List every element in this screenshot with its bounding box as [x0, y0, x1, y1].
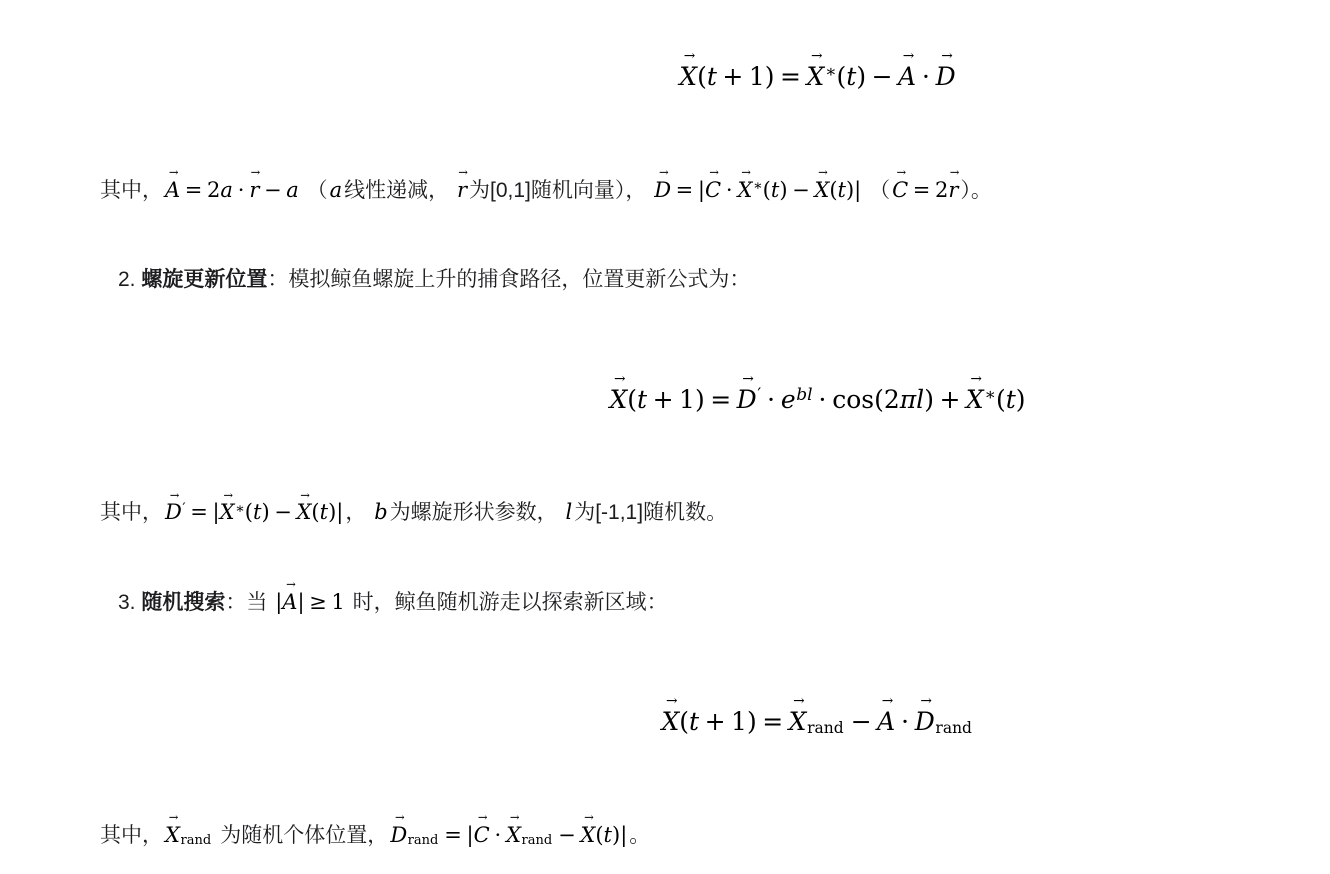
vector-symbol: →X	[580, 819, 595, 853]
inline-math: →Drand=|→C⋅→Xrand−→X(t)|	[388, 823, 629, 847]
paragraph-random-search-definitions: 其中，→Xrand 为随机个体位置，→Drand=|→C⋅→Xrand−→X(t…	[100, 819, 1245, 853]
math-token: ∗	[825, 62, 837, 82]
display-formula-math: →X(t+1)=→X∗(t)−→A⋅→D	[679, 62, 955, 91]
formula-spiral-update: →X(t+1)=→D′⋅ebl⋅cos(2πl)+→X∗(t)	[100, 381, 1245, 419]
math-token: ∗	[235, 501, 245, 517]
vector-arrow-icon: →	[510, 812, 520, 824]
text-run: 线性递减，	[344, 179, 455, 202]
list-item-spiral-update: 2. 螺旋更新位置：模拟鲸鱼螺旋上升的捕食路径，位置更新公式为：	[100, 263, 1245, 297]
bold-term: 随机搜索	[141, 591, 225, 614]
vector-symbol: →X	[789, 703, 807, 741]
math-token: =	[710, 385, 731, 414]
math-token: bl	[796, 385, 812, 405]
text-run: 其中，	[100, 501, 163, 524]
math-token: 1	[679, 385, 695, 414]
vector-symbol: →A	[282, 586, 297, 620]
math-token: )	[695, 385, 705, 414]
vector-symbol: →D	[165, 496, 182, 530]
vector-symbol: →X	[806, 58, 824, 96]
vector-symbol: →X	[165, 819, 180, 853]
vector-arrow-icon: →	[793, 695, 805, 709]
vector-arrow-icon: →	[614, 373, 626, 387]
vector-arrow-icon: →	[882, 695, 894, 709]
vector-arrow-icon: →	[659, 167, 669, 179]
inline-math: a	[328, 178, 345, 202]
vector-arrow-icon: →	[170, 490, 180, 502]
inline-math: →D=|→C⋅→X∗(t)−→X(t)|	[652, 178, 863, 202]
math-variable: X	[165, 823, 180, 847]
math-token: (	[595, 823, 603, 847]
vector-arrow-icon: →	[666, 695, 678, 709]
math-variable: D	[165, 500, 182, 524]
vector-symbol: →D	[915, 703, 935, 741]
inline-math: →Xrand	[163, 823, 214, 847]
paragraph-spiral-definitions: 其中，→D′=|→X∗(t)−→X(t)|， b为螺旋形状参数， l为[-1,1…	[100, 496, 1245, 530]
math-variable: A	[898, 62, 916, 91]
text-run: 为[-1,1]随机数。	[574, 501, 727, 524]
vector-symbol: →C	[705, 174, 721, 208]
math-token: ⋅	[818, 385, 827, 414]
vector-arrow-icon: →	[709, 167, 719, 179]
math-token: t	[707, 62, 717, 91]
vector-arrow-icon: →	[903, 50, 915, 64]
text-run: 。	[629, 824, 650, 847]
text-run: 为螺旋形状参数，	[390, 501, 564, 524]
vector-arrow-icon: →	[286, 579, 296, 591]
math-variable: X	[737, 178, 752, 202]
text-run: （	[301, 179, 328, 202]
math-variable: X	[580, 823, 595, 847]
text-run: 为[0,1]随机向量），	[469, 179, 652, 202]
math-token: rand	[408, 833, 439, 848]
vector-symbol: →A	[898, 58, 916, 96]
math-token: ⋅	[901, 707, 910, 736]
math-variable: D	[654, 178, 671, 202]
vector-symbol: →A	[165, 174, 180, 208]
math-token: rand	[522, 833, 553, 848]
math-token: =	[444, 823, 462, 847]
math-variable: r	[249, 178, 259, 202]
math-token: =	[676, 178, 694, 202]
math-token: t	[838, 178, 846, 202]
vector-symbol: →X	[679, 58, 697, 96]
math-token: rand	[180, 833, 211, 848]
math-token: t	[689, 707, 699, 736]
math-token: ⋅	[494, 823, 501, 847]
math-variable: D	[737, 385, 757, 414]
math-token: |	[212, 500, 219, 524]
vector-arrow-icon: →	[970, 373, 982, 387]
math-token: |	[620, 823, 627, 847]
math-token: rand	[935, 719, 972, 737]
text-run: 时，鲸鱼随机游走以探索新区域：	[347, 591, 668, 614]
math-token: t	[604, 823, 612, 847]
math-token: (	[763, 178, 771, 202]
math-variable: A	[165, 178, 180, 202]
display-formula-math: →X(t+1)=→Xrand−→A⋅→Drand	[661, 707, 973, 736]
math-token: )	[924, 385, 934, 414]
math-token: 1	[731, 707, 747, 736]
math-token: (	[697, 62, 707, 91]
math-token: )	[261, 500, 269, 524]
math-token: πl	[900, 385, 924, 414]
vector-symbol: →X	[506, 819, 521, 853]
math-token: a	[330, 178, 343, 202]
text-run: ：模拟鲸鱼螺旋上升的捕食路径，位置更新公式为：	[267, 268, 750, 291]
vector-arrow-icon: →	[818, 167, 828, 179]
math-variable: C	[474, 823, 490, 847]
vector-symbol: →X	[609, 381, 627, 419]
vector-symbol: →X	[814, 174, 829, 208]
math-token: |	[698, 178, 705, 202]
math-token: t	[1006, 385, 1016, 414]
math-token: ′	[757, 385, 761, 405]
inline-math: →C=2→r	[890, 178, 960, 202]
vector-symbol: →D	[390, 819, 407, 853]
math-token: −	[872, 62, 893, 91]
math-variable: C	[705, 178, 721, 202]
vector-arrow-icon: →	[584, 812, 594, 824]
bold-term: 螺旋更新位置	[141, 268, 267, 291]
vector-arrow-icon: →	[300, 490, 310, 502]
inline-math: →r	[455, 178, 469, 202]
math-token: ⋅	[767, 385, 776, 414]
paragraph-encircling-definitions: 其中，→A=2a⋅→r−a （a线性递减， →r为[0,1]随机向量）， →D=…	[100, 174, 1245, 208]
math-token: ≥	[309, 590, 327, 614]
vector-arrow-icon: →	[920, 695, 932, 709]
formula-random-search-update: →X(t+1)=→Xrand−→A⋅→Drand	[100, 703, 1245, 741]
vector-arrow-icon: →	[741, 167, 751, 179]
text-run: 其中，	[100, 179, 163, 202]
math-token: −	[274, 500, 292, 524]
math-token: )	[846, 178, 854, 202]
math-variable: D	[390, 823, 407, 847]
inline-math: →D′=|→X∗(t)−→X(t)|	[163, 500, 345, 524]
vector-arrow-icon: →	[742, 373, 754, 387]
math-token: (	[627, 385, 637, 414]
vector-arrow-icon: →	[896, 167, 906, 179]
math-token: =	[190, 500, 208, 524]
vector-arrow-icon: →	[684, 50, 696, 64]
math-token: (	[874, 385, 884, 414]
vector-arrow-icon: →	[478, 812, 488, 824]
math-variable: X	[296, 500, 311, 524]
math-token: e	[781, 385, 796, 414]
math-variable: X	[679, 62, 697, 91]
math-token: (	[996, 385, 1006, 414]
math-token: |	[336, 500, 343, 524]
math-token: 2	[207, 178, 220, 202]
text-run: ：当	[225, 591, 273, 614]
math-token: ∗	[753, 178, 763, 194]
math-token: l	[566, 500, 573, 524]
math-token: +	[722, 62, 743, 91]
vector-symbol: →r	[457, 174, 467, 208]
text-run: 其中，	[100, 824, 163, 847]
math-token: =	[913, 178, 931, 202]
math-token: 1	[749, 62, 765, 91]
math-variable: r	[457, 178, 467, 202]
vector-arrow-icon: →	[941, 50, 953, 64]
math-token: a	[220, 178, 233, 202]
math-variable: A	[877, 707, 895, 736]
inline-math: l	[564, 500, 575, 524]
math-token: −	[851, 707, 872, 736]
math-token: )	[612, 823, 620, 847]
math-token: =	[780, 62, 801, 91]
math-variable: X	[506, 823, 521, 847]
math-variable: D	[936, 62, 956, 91]
math-variable: X	[806, 62, 824, 91]
math-variable: X	[966, 385, 984, 414]
list-item-random-search: 3. 随机搜索：当 |→A|≥1 时，鲸鱼随机游走以探索新区域：	[100, 586, 1245, 620]
math-token: ∗	[984, 385, 996, 405]
vector-arrow-icon: →	[223, 490, 233, 502]
math-token: (	[245, 500, 253, 524]
math-variable: X	[661, 707, 679, 736]
math-token: =	[762, 707, 783, 736]
math-token: b	[374, 500, 387, 524]
vector-arrow-icon: →	[169, 812, 179, 824]
vector-symbol: →X	[220, 496, 235, 530]
vector-symbol: →X	[966, 381, 984, 419]
math-token: ′	[182, 501, 185, 517]
math-token: −	[792, 178, 810, 202]
math-token: ⋅	[726, 178, 733, 202]
vector-symbol: →X	[296, 496, 311, 530]
document-body: →X(t+1)=→X∗(t)−→A⋅→D其中，→A=2a⋅→r−a （a线性递减…	[0, 0, 1330, 874]
math-variable: X	[220, 500, 235, 524]
vector-symbol: →X	[661, 703, 679, 741]
vector-symbol: →C	[474, 819, 490, 853]
math-variable: X	[609, 385, 627, 414]
math-token: =	[185, 178, 203, 202]
math-token: )	[747, 707, 757, 736]
math-token: ⋅	[238, 178, 245, 202]
vector-arrow-icon: →	[458, 167, 468, 179]
math-token: a	[286, 178, 299, 202]
math-token: |	[297, 590, 304, 614]
math-token: (	[679, 707, 689, 736]
text-run: ）。	[960, 179, 992, 202]
vector-symbol: →D	[654, 174, 671, 208]
math-token: )	[779, 178, 787, 202]
math-token: 2	[935, 178, 948, 202]
math-token: cos	[832, 385, 874, 414]
display-formula-math: →X(t+1)=→D′⋅ebl⋅cos(2πl)+→X∗(t)	[609, 385, 1025, 414]
vector-arrow-icon: →	[811, 50, 823, 64]
math-token: rand	[807, 719, 844, 737]
vector-symbol: →D	[737, 381, 757, 419]
vector-arrow-icon: →	[251, 167, 261, 179]
formula-encircling-prey-update: →X(t+1)=→X∗(t)−→A⋅→D	[100, 58, 1245, 96]
math-token: (	[311, 500, 319, 524]
math-token: 1	[331, 590, 344, 614]
vector-symbol: →X	[737, 174, 752, 208]
math-token: (	[829, 178, 837, 202]
inline-math: b	[372, 500, 389, 524]
math-variable: D	[915, 707, 935, 736]
math-token: t	[637, 385, 647, 414]
vector-symbol: →C	[892, 174, 908, 208]
math-token: 2	[884, 385, 900, 414]
math-variable: r	[948, 178, 958, 202]
math-token: (	[837, 62, 847, 91]
math-token: +	[705, 707, 726, 736]
vector-symbol: →D	[936, 58, 956, 96]
math-token: )	[765, 62, 775, 91]
math-variable: A	[282, 590, 297, 614]
inline-math: →A=2a⋅→r−a	[163, 178, 301, 202]
text-run: （	[863, 179, 890, 202]
math-token: )	[1016, 385, 1026, 414]
text-run: ，	[345, 501, 372, 524]
math-variable: C	[892, 178, 908, 202]
math-token: −	[558, 823, 576, 847]
vector-symbol: →r	[249, 174, 259, 208]
math-token: +	[939, 385, 960, 414]
vector-arrow-icon: →	[169, 167, 179, 179]
text-run: 为随机个体位置，	[214, 824, 388, 847]
inline-math: |→A|≥1	[273, 590, 347, 614]
math-variable: X	[814, 178, 829, 202]
math-token: −	[264, 178, 282, 202]
math-token: ⋅	[922, 62, 931, 91]
math-token: )	[856, 62, 866, 91]
vector-symbol: →r	[948, 174, 958, 208]
math-variable: X	[789, 707, 807, 736]
text-run: 3.	[118, 591, 141, 614]
vector-symbol: →A	[877, 703, 895, 741]
math-token: |	[854, 178, 861, 202]
math-token: |	[467, 823, 474, 847]
math-token: t	[846, 62, 856, 91]
text-run: 2.	[118, 268, 141, 291]
math-token: t	[320, 500, 328, 524]
math-token: +	[653, 385, 674, 414]
vector-arrow-icon: →	[950, 167, 960, 179]
vector-arrow-icon: →	[395, 812, 405, 824]
